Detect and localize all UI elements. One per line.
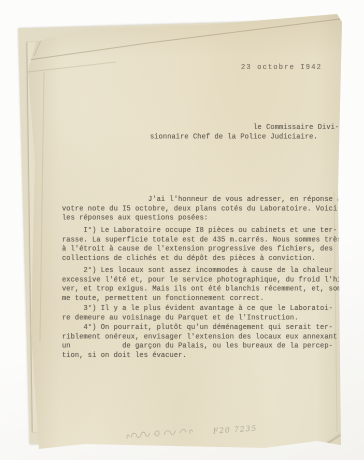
pencil-annotation: F20 7235 xyxy=(125,418,276,446)
corner-fold xyxy=(320,435,342,449)
paragraph-2: 2°) Les locaux sont assez incommodes à c… xyxy=(62,266,346,303)
letter-paper: 23 octobre I942 le Commissaire Divi- sio… xyxy=(26,12,342,449)
pencil-reference-code: F20 7235 xyxy=(213,424,258,436)
paragraph-4: 4°) On pourrait, plutôt qu'un déménageme… xyxy=(62,323,337,360)
paragraph-1: I°) Le Laboratoire occupe I8 pièces ou c… xyxy=(62,226,342,263)
paragraph-3: 3°) Il y a le plus évident avantage à ce… xyxy=(62,304,333,323)
date-line: 23 octobre I942 xyxy=(241,63,322,72)
typed-text-layer: 23 octobre I942 le Commissaire Divi- sio… xyxy=(26,12,342,449)
scan-background: 23 octobre I942 le Commissaire Divi- sio… xyxy=(0,0,364,460)
paragraph-intro: J'ai l'honneur de vous adresser, en répo… xyxy=(62,195,342,223)
pencil-scribble xyxy=(125,424,211,445)
addressee-block: le Commissaire Divi- sionnaire Chef de l… xyxy=(150,123,339,142)
